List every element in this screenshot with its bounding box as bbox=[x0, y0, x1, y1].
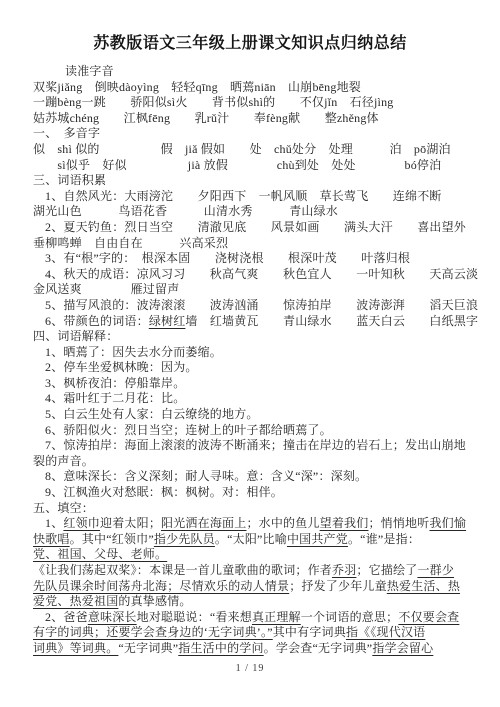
underlined-text: 一群少 bbox=[417, 563, 454, 577]
section-heading-fill-blanks: 五、填空： bbox=[33, 501, 467, 517]
text-segment: 6、带颜色的词语： bbox=[45, 314, 149, 328]
text-segment: 一、 多音字 bbox=[33, 126, 100, 140]
text-segment: 。“太阳”比喻 bbox=[215, 532, 287, 546]
underlined-text: 指少先队员 bbox=[154, 532, 215, 546]
document-page: 苏教版语文三年级上册课文知识点归纳总结 读准字音双桨jiǎng 倒映dàoyìn… bbox=[0, 0, 500, 707]
paragraph-line: 《让我们荡起双桨》：本课是一首儿童歌曲的歌词；作者乔羽；它描绘了一群少 bbox=[33, 563, 467, 579]
underlined-text: 红领巾 bbox=[63, 516, 100, 530]
text-segment: 四、词语解释： bbox=[33, 329, 118, 343]
text-segment: 6、骄阳似火：烈日当空；连树上的叶子都给晒蔫了。 bbox=[45, 423, 332, 437]
text-segment: 读准字音 bbox=[65, 64, 114, 78]
text-segment: 。其中“红领巾” bbox=[70, 532, 154, 546]
text-segment: 一蹦bèng一跳 骄阳似sì火 背书似shì的 不仅jǐn 石径jìng bbox=[33, 95, 393, 109]
document-title: 苏教版语文三年级上册课文知识点归纳总结 bbox=[33, 34, 467, 54]
polyphone-row: sì似乎 好似 jià 放假 chù到处 处处 bó停泊 bbox=[33, 158, 467, 174]
text-segment: 五、填空： bbox=[33, 501, 94, 515]
text-segment: ；它描绘了 bbox=[356, 563, 417, 577]
text-segment: 的真挚感情。 bbox=[118, 594, 191, 608]
pinyin-line: 一蹦bèng一跳 骄阳似sì火 背书似shì的 不仅jǐn 石径jìng bbox=[33, 95, 467, 111]
underlined-text: 中国共产党 bbox=[287, 532, 348, 546]
list-item: 2、夏天钓鱼：烈日当空 清澈见底 风景如画 满头大汗 喜出望外 bbox=[33, 220, 467, 236]
section-heading-word-explanation: 四、词语解释： bbox=[33, 329, 467, 345]
underlined-text: 先队员课余时间荡舟北海；尽情欢乐的动人情景 bbox=[33, 579, 289, 593]
subheading-read-pronunciation: 读准字音 bbox=[33, 64, 467, 80]
underlined-text: 意味深长 bbox=[88, 610, 137, 624]
text-segment: ；悄悄地听 bbox=[368, 516, 429, 530]
list-item: 1、自然风光：大雨滂沱 夕阳西下 一帆风顺 草长莺飞 连绵不断 bbox=[33, 189, 467, 205]
text-segment: 2、停车坐爱枫林晚：因为。 bbox=[45, 360, 198, 374]
text-segment: 1、自然风光：大雨滂沱 夕阳西下 一帆风顺 草长莺飞 连绵不断 bbox=[45, 189, 442, 203]
underlined-text: 真正理解 bbox=[252, 610, 301, 624]
underlined-text: 乔羽 bbox=[332, 563, 356, 577]
text-segment: 裂的声音。 bbox=[33, 454, 94, 468]
document-body: 读准字音双桨jiǎng 倒映dàoyìng 轻轻qīng 晒蔫niān 山崩bē… bbox=[33, 64, 467, 657]
underlined-text: 快歌唱 bbox=[33, 532, 70, 546]
continuation-line: 裂的声音。 bbox=[33, 454, 467, 470]
list-item: 1、晒蔫了：因失去水分而萎缩。 bbox=[33, 345, 467, 361]
list-item: 2、停车坐爱枫林晚：因为。 bbox=[33, 360, 467, 376]
list-item: 3、枫桥夜泊：停船靠岸。 bbox=[33, 376, 467, 392]
text-segment: 金风送爽 雁过留声 bbox=[33, 282, 179, 296]
text-segment: 7、惊涛拍岸：海面上滚滚的波涛不断涌来；撞击在岸边的岩石上；发出山崩地 bbox=[45, 438, 466, 452]
list-item: 5、白云生处有人家：白云缭绕的地方。 bbox=[33, 407, 467, 423]
text-segment: 3、枫桥夜泊：停船靠岸。 bbox=[45, 376, 185, 390]
underlined-text: 指《《现代汉语 bbox=[346, 625, 425, 639]
section-heading-word-accumulation: 三、词语积累 bbox=[33, 173, 467, 189]
polyphone-row: 似 shì 似的 假 jiǎ 假如 处 chǔ处分 处理 泊 pō湖泊 bbox=[33, 142, 467, 158]
text-segment: 墙 红墙黄瓦 青山绿水 蓝天白云 白纸黑字 bbox=[185, 314, 478, 328]
underlined-text: 望着我们 bbox=[320, 516, 369, 530]
continuation-line: 爱党、热爱祖国的真挚感情。 bbox=[33, 594, 467, 610]
page-number: 1 / 19 bbox=[0, 663, 500, 674]
continuation-line: 垂柳鸣蝉 自由自在 兴高采烈 bbox=[33, 236, 467, 252]
text-segment: “无字词典” bbox=[118, 641, 178, 655]
text-segment: 3、有“根”字的： 根深本固 浇树浇根 根深叶茂 叶落归根 bbox=[45, 251, 410, 265]
text-segment: 1、 bbox=[45, 516, 63, 530]
text-segment: 1、晒蔫了：因失去水分而萎缩。 bbox=[45, 345, 222, 359]
list-item: 9、江枫渔火对愁眠：枫：枫树。对：相伴。 bbox=[33, 485, 467, 501]
underlined-text: 指学会留心 bbox=[372, 641, 433, 655]
list-item: 6、带颜色的词语：绿树红墙 红墙黄瓦 青山绿水 蓝天白云 白纸黑字 bbox=[33, 314, 467, 330]
text-segment: sì似乎 好似 jià 放假 chù到处 处处 bó停泊 bbox=[33, 158, 441, 172]
list-item: 7、惊涛拍岸：海面上滚滚的波涛不断涌来；撞击在岸边的岩石上；发出山崩地 bbox=[33, 438, 467, 454]
text-segment: 。“谁”是指： bbox=[348, 532, 420, 546]
text-segment: 8、意味深长：含义深刻；耐人寻味。意：含义“深”：深刻。 bbox=[45, 469, 367, 483]
pinyin-line: 双桨jiǎng 倒映dàoyìng 轻轻qīng 晒蔫niān 山崩bēng地裂 bbox=[33, 80, 467, 96]
list-item: 4、秋天的成语：凉风习习 秋高气爽 秋色宜人 一叶知秋 天高云淡 bbox=[33, 267, 467, 283]
underlined-text: 我们愉 bbox=[429, 516, 466, 530]
pinyin-line: 姑苏城chéng 江枫fēng 乳rǔ汁 奉fèng献 整zhěng体 bbox=[33, 111, 467, 127]
continuation-line: 湖光山色 鸟语花香 山清水秀 青山绿水 bbox=[33, 204, 467, 220]
text-segment: ；水中的鱼儿 bbox=[246, 516, 319, 530]
underlined-text: 词典》等词典。 bbox=[33, 641, 118, 655]
underlined-text: 爱党、热爱祖国 bbox=[33, 594, 118, 608]
text-segment: 4、秋天的成语：凉风习习 秋高气爽 秋色宜人 一叶知秋 天高云淡 bbox=[45, 267, 478, 281]
text-segment: 双桨jiǎng 倒映dàoyìng 轻轻qīng 晒蔫niān 山崩bēng地裂 bbox=[33, 80, 361, 94]
list-item: 3、有“根”字的： 根深本固 浇树浇根 根深叶茂 叶落归根 bbox=[33, 251, 467, 267]
text-segment: 三、词语积累 bbox=[33, 173, 106, 187]
text-segment: 5、描写风浪的：波涛滚滚 波涛汹涌 惊涛拍岸 波涛澎湃 滔天巨浪 bbox=[45, 298, 478, 312]
continuation-line: 有字的词典；还要学会查身边的‘无字词典’。”其中有字词典指《《现代汉语 bbox=[33, 625, 467, 641]
text-segment: 《让我们荡起双桨》：本课是一首儿童歌曲的歌词；作者 bbox=[33, 563, 332, 577]
underlined-text: 不仅要会查 bbox=[398, 610, 459, 624]
text-segment: 其中有字词典 bbox=[273, 625, 346, 639]
underlined-text: 阳光洒在海面上 bbox=[161, 516, 246, 530]
continuation-line: 先队员课余时间荡舟北海；尽情欢乐的动人情景；抒发了少年儿童热爱生活、热 bbox=[33, 579, 467, 595]
text-segment: 湖光山色 鸟语花香 山清水秀 青山绿水 bbox=[33, 204, 338, 218]
list-item: 2、爸爸意味深长地对聪聪说：“看来想真正理解一个词语的意思；不仅要会查 bbox=[33, 610, 467, 626]
list-item: 1、红领巾迎着太阳；阳光洒在海面上；水中的鱼儿望着我们；悄悄地听我们愉 bbox=[33, 516, 467, 532]
text-segment: 地对聪聪说：“看来想 bbox=[137, 610, 252, 624]
text-segment: 似 shì 似的 假 jiǎ 假如 处 chǔ处分 处理 泊 pō湖泊 bbox=[33, 142, 451, 156]
section-heading-polyphones: 一、 多音字 bbox=[33, 126, 467, 142]
text-segment: ；抒发了少年儿童 bbox=[289, 579, 387, 593]
continuation-line: 快歌唱。其中“红领巾”指少先队员。“太阳”比喻中国共产党。“谁”是指： bbox=[33, 532, 467, 548]
text-segment: 姑苏城chéng 江枫fēng 乳rǔ汁 奉fèng献 整zhěng体 bbox=[33, 111, 379, 125]
list-item: 8、意味深长：含义深刻；耐人寻味。意：含义“深”：深刻。 bbox=[33, 469, 467, 485]
text-segment: 4、霜叶红于二月花：比。 bbox=[45, 391, 185, 405]
underlined-text: 热爱生活、热 bbox=[387, 579, 460, 593]
underlined-text: 党、祖国、父母、老师。 bbox=[33, 547, 167, 561]
text-segment: 。学会查“无字词典” bbox=[264, 641, 373, 655]
list-item: 5、描写风浪的：波涛滚滚 波涛汹涌 惊涛拍岸 波涛澎湃 滔天巨浪 bbox=[33, 298, 467, 314]
text-segment: 迎着太阳； bbox=[100, 516, 161, 530]
text-segment: 9、江枫渔火对愁眠：枫：枫树。对：相伴。 bbox=[45, 485, 283, 499]
text-segment: 垂柳鸣蝉 自由自在 兴高采烈 bbox=[33, 236, 228, 250]
list-item: 6、骄阳似火：烈日当空；连树上的叶子都给晒蔫了。 bbox=[33, 423, 467, 439]
continuation-line: 词典》等词典。“无字词典”指生活中的学问。学会查“无字词典”指学会留心 bbox=[33, 641, 467, 657]
continuation-line: 金风送爽 雁过留声 bbox=[33, 282, 467, 298]
text-segment: 一个词语的意思； bbox=[301, 610, 399, 624]
text-segment: 5、白云生处有人家：白云缭绕的地方。 bbox=[45, 407, 259, 421]
text-segment: 2、夏天钓鱼：烈日当空 清澈见底 风景如画 满头大汗 喜出望外 bbox=[45, 220, 466, 234]
underlined-text: 有字的词典；还要学会查身边的‘无字词典’。” bbox=[33, 625, 273, 639]
text-segment: 2、爸爸 bbox=[45, 610, 88, 624]
underlined-text: 指生活中的学问 bbox=[178, 641, 263, 655]
continuation-line: 党、祖国、父母、老师。 bbox=[33, 547, 467, 563]
list-item: 4、霜叶红于二月花：比。 bbox=[33, 391, 467, 407]
underlined-text: 绿树红 bbox=[149, 314, 186, 328]
